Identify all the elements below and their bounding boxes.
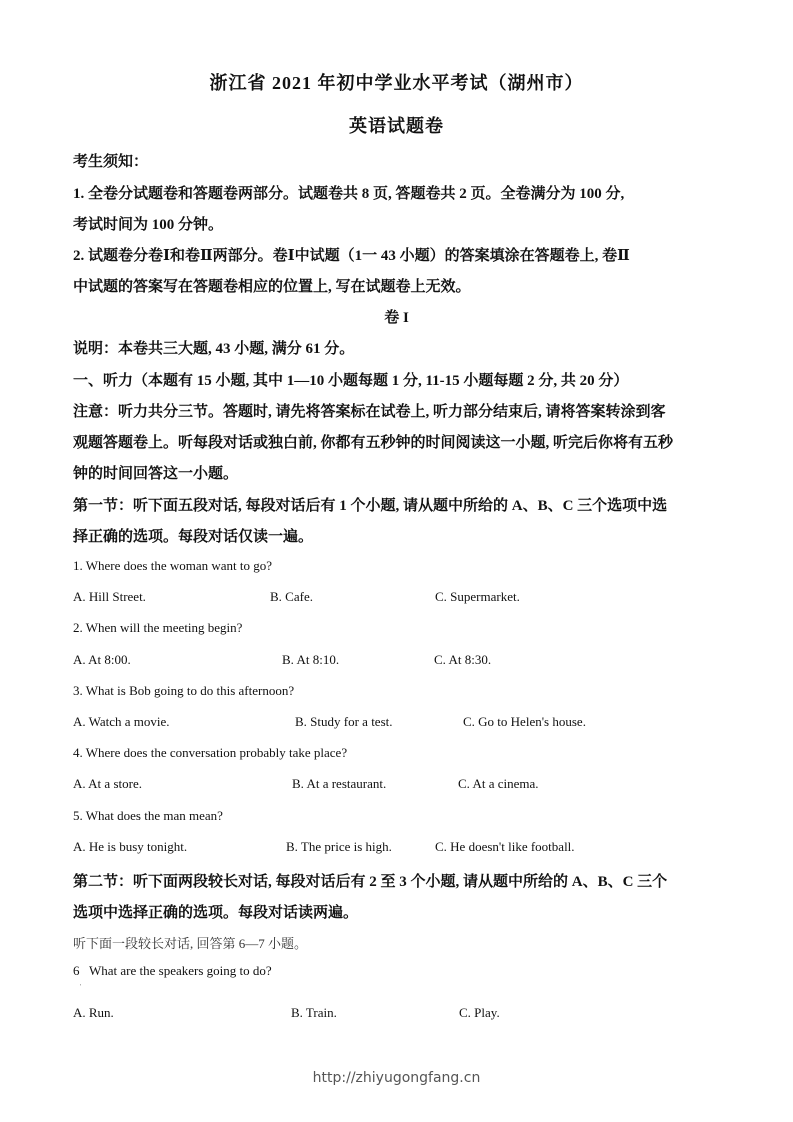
question-6-option-c: C. Play.: [459, 1005, 500, 1021]
notice-heading: 考生须知：: [73, 150, 148, 171]
question-4-option-a: A. At a store.: [73, 776, 142, 792]
question-2-option-a: A. At 8:00.: [73, 652, 131, 668]
listening-section-heading: 一、听力（本题有 15 小题, 其中 1—10 小题每题 1 分, 11-15 …: [73, 369, 628, 390]
part-1-instruction-line-2: 择正确的选项。每段对话仅读一遍。: [73, 525, 313, 546]
listening-note-line-2: 观题答题卷上。听每段对话或独白前, 你都有五秒钟的时间阅读这一小题, 听完后你将…: [73, 431, 673, 452]
question-3-option-a: A. Watch a movie.: [73, 714, 170, 730]
question-2-option-c: C. At 8:30.: [434, 652, 491, 668]
part-2-instruction-line-1: 第二节：听下面两段较长对话, 每段对话后有 2 至 3 个小题, 请从题中所给的…: [73, 870, 667, 891]
listening-note-line-3: 钟的时间回答这一小题。: [73, 462, 238, 483]
question-5-option-c: C. He doesn't like football.: [435, 839, 575, 855]
volume-1-heading: 卷 I: [0, 306, 793, 327]
exam-subtitle: 英语试题卷: [0, 112, 793, 138]
notice-item-1-line-2: 考试时间为 100 分钟。: [73, 213, 223, 234]
part-2-instruction-line-2: 选项中选择正确的选项。每段对话读两遍。: [73, 901, 358, 922]
listening-note-line-1: 注意：听力共分三节。答题时, 请先将答案标在试卷上, 听力部分结束后, 请将答案…: [73, 400, 666, 421]
notice-item-1-line-1: 1. 全卷分试题卷和答题卷两部分。试题卷共 8 页, 答题卷共 2 页。全卷满分…: [73, 182, 624, 203]
question-2: 2. When will the meeting begin?: [73, 620, 242, 636]
part-1-instruction-line-1: 第一节：听下面五段对话, 每段对话后有 1 个小题, 请从题中所给的 A、B、C…: [73, 494, 667, 515]
notice-item-2-line-2: 中试题的答案写在答题卷相应的位置上, 写在试题卷上无效。: [73, 275, 471, 296]
part-2-intro: 听下面一段较长对话, 回答第 6—7 小题。: [73, 933, 307, 952]
question-2-option-b: B. At 8:10.: [282, 652, 339, 668]
question-1-option-a: A. Hill Street.: [73, 589, 146, 605]
question-4: 4. Where does the conversation probably …: [73, 745, 347, 761]
notice-item-2-line-1: 2. 试题卷分卷Ⅰ和卷Ⅱ两部分。卷Ⅰ中试题（1一 43 小题）的答案填涂在答题卷…: [73, 244, 630, 265]
question-3: 3. What is Bob going to do this afternoo…: [73, 683, 294, 699]
question-1-option-c: C. Supermarket.: [435, 589, 520, 605]
question-4-option-b: B. At a restaurant.: [292, 776, 386, 792]
question-3-option-b: B. Study for a test.: [295, 714, 393, 730]
question-1-option-b: B. Cafe.: [270, 589, 313, 605]
question-3-option-c: C. Go to Helen's house.: [463, 714, 586, 730]
question-4-option-c: C. At a cinema.: [458, 776, 539, 792]
question-6-option-b: B. Train.: [291, 1005, 337, 1021]
question-5-option-b: B. The price is high.: [286, 839, 392, 855]
question-1: 1. Where does the woman want to go?: [73, 558, 272, 574]
question-5-option-a: A. He is busy tonight.: [73, 839, 187, 855]
question-6-option-a: A. Run.: [73, 1005, 114, 1021]
watermark-url: http://zhiyugongfang.cn: [0, 1070, 793, 1086]
volume-1-description: 说明：本卷共三大题, 43 小题, 满分 61 分。: [73, 337, 354, 358]
exam-title: 浙江省 2021 年初中学业水平考试（湖州市）: [0, 69, 793, 95]
stray-mark: ': [80, 983, 81, 991]
question-6: 6 What are the speakers going to do?: [73, 963, 272, 979]
question-5: 5. What does the man mean?: [73, 808, 223, 824]
